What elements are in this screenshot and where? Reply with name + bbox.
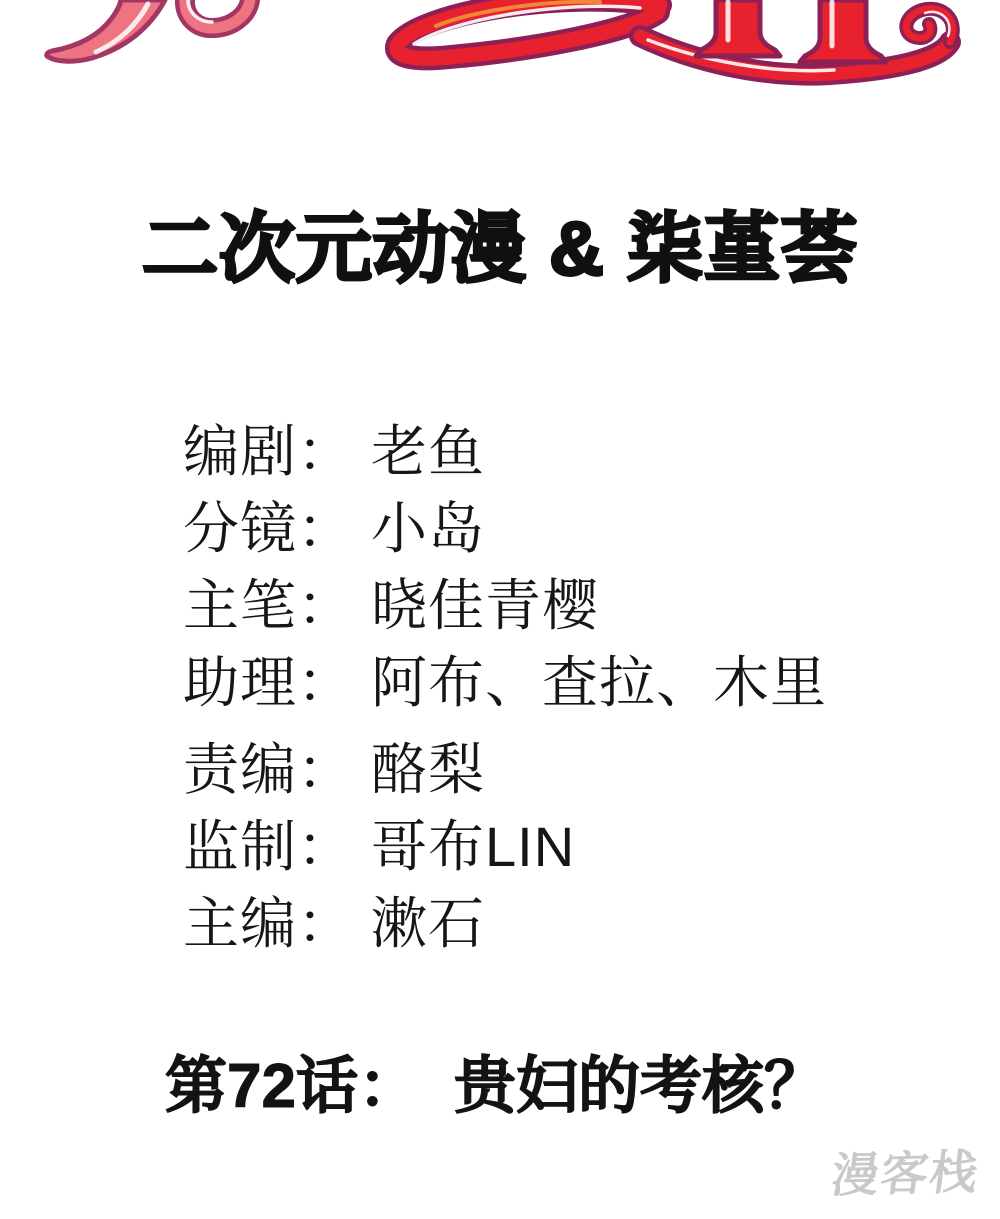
credit-person-name: 漱石 [371,885,485,962]
credit-person-name: 哥布LIN [371,808,575,885]
credit-role-label: 责编： [183,731,371,808]
chapter-heading: 第72话： 贵妇的考核？ [165,1052,826,1122]
credit-person-name: 老鱼 [371,413,485,490]
series-logo-art [0,0,1000,118]
credit-role-label: 编剧： [183,413,371,490]
credit-row: 责编： 酪梨 [183,731,960,808]
credit-person-name: 阿布、査拉、木里 [371,644,827,721]
logo-vertical-strokes [696,0,886,62]
logo-pink-stroke [47,0,165,61]
studio-line: 二次元动漫 & 柒堇荟 [0,206,1000,293]
series-logo-svg [0,0,1000,118]
credit-person-name: 晓佳青樱 [371,567,599,644]
credit-row: 主笔： 晓佳青樱 [183,567,960,644]
platform-watermark: 漫客栈 [829,1148,983,1199]
chapter-title: 贵妇的考核？ [454,1052,826,1122]
logo-tail-swash [640,36,950,75]
credit-role-label: 主笔： [183,567,371,644]
credit-role-label: 监制： [183,808,371,885]
credit-row: 助理： 阿布、査拉、木里 [183,644,960,721]
credit-person-name: 小岛 [371,490,485,567]
credits-list: 编剧： 老鱼 分镜： 小岛 主笔： 晓佳青樱 助理： 阿布、査拉、木里 责编： … [183,413,960,962]
credit-row: 主编： 漱石 [183,885,960,962]
logo-pink-curl [185,0,250,28]
credit-person-name: 酪梨 [371,731,485,808]
credit-role-label: 主编： [183,885,371,962]
logo-red-loop [397,0,660,58]
logo-spiral-curl [906,9,953,42]
credit-role-label: 分镜： [183,490,371,567]
credit-row: 分镜： 小岛 [183,490,960,567]
credit-row: 监制： 哥布LIN [183,808,960,885]
credit-row: 编剧： 老鱼 [183,413,960,490]
credit-role-label: 助理： [183,644,371,721]
chapter-number-label: 第72话： [165,1052,420,1122]
